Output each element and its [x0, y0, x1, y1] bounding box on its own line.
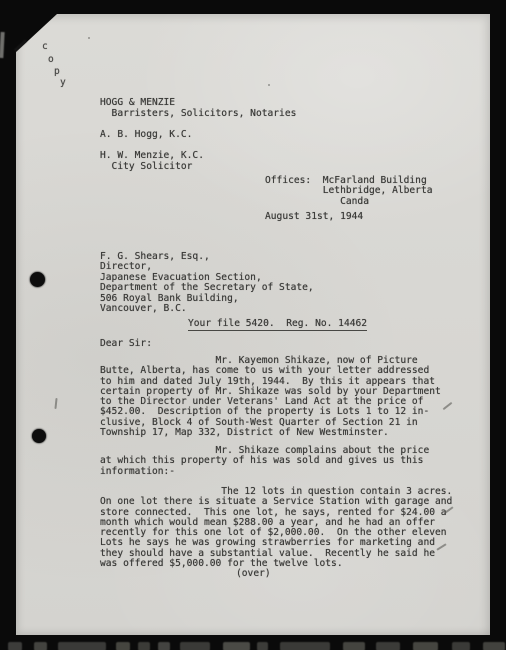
scan-speck: [88, 37, 90, 39]
copy-stamp-letter: c: [42, 41, 48, 52]
film-edge-sliver: [0, 32, 5, 58]
film-artifact: [158, 642, 170, 650]
reference-line: Your file 5420. Reg. No. 14462: [188, 319, 367, 329]
scan-speck: [268, 84, 270, 86]
copy-stamp-letter: o: [48, 54, 54, 65]
film-artifact: [116, 642, 130, 650]
film-artifact: [413, 642, 438, 650]
reference-text: Your file 5420. Reg. No. 14462: [188, 318, 367, 331]
body-paragraph-3: The 12 lots in question contain 3 acres.…: [100, 487, 452, 569]
hole-punch: [32, 429, 46, 443]
film-artifact: [138, 642, 150, 650]
offices-address: Offices: McFarland Building Lethbridge, …: [265, 176, 433, 207]
film-artifact: [376, 642, 400, 650]
film-artifact: [8, 642, 22, 650]
salutation: Dear Sir:: [100, 339, 152, 349]
film-artifact: [223, 642, 250, 650]
date-line: August 31st, 1944: [265, 212, 363, 222]
scanned-letter-background: c o p y HOGG & MENZIE Barristers, Solici…: [0, 0, 506, 650]
film-artifact: [483, 642, 505, 650]
body-paragraph-1: Mr. Kayemon Shikaze, now of Picture Butt…: [100, 356, 441, 438]
film-artifact: [180, 642, 210, 650]
copy-stamp-letter: y: [60, 77, 66, 88]
film-artifact: [452, 642, 470, 650]
copy-stamp-letter: p: [54, 66, 60, 77]
film-artifact: [58, 642, 106, 650]
over-note: (over): [236, 569, 271, 579]
body-paragraph-2: Mr. Shikaze complains about the price at…: [100, 446, 429, 477]
film-artifact: [280, 642, 330, 650]
recipient-address: F. G. Shears, Esq., Director, Japanese E…: [100, 252, 314, 314]
film-artifact: [257, 642, 268, 650]
film-artifact: [343, 642, 365, 650]
film-artifact: [34, 642, 47, 650]
letterhead: HOGG & MENZIE Barristers, Solicitors, No…: [100, 98, 296, 172]
hole-punch: [30, 272, 45, 287]
